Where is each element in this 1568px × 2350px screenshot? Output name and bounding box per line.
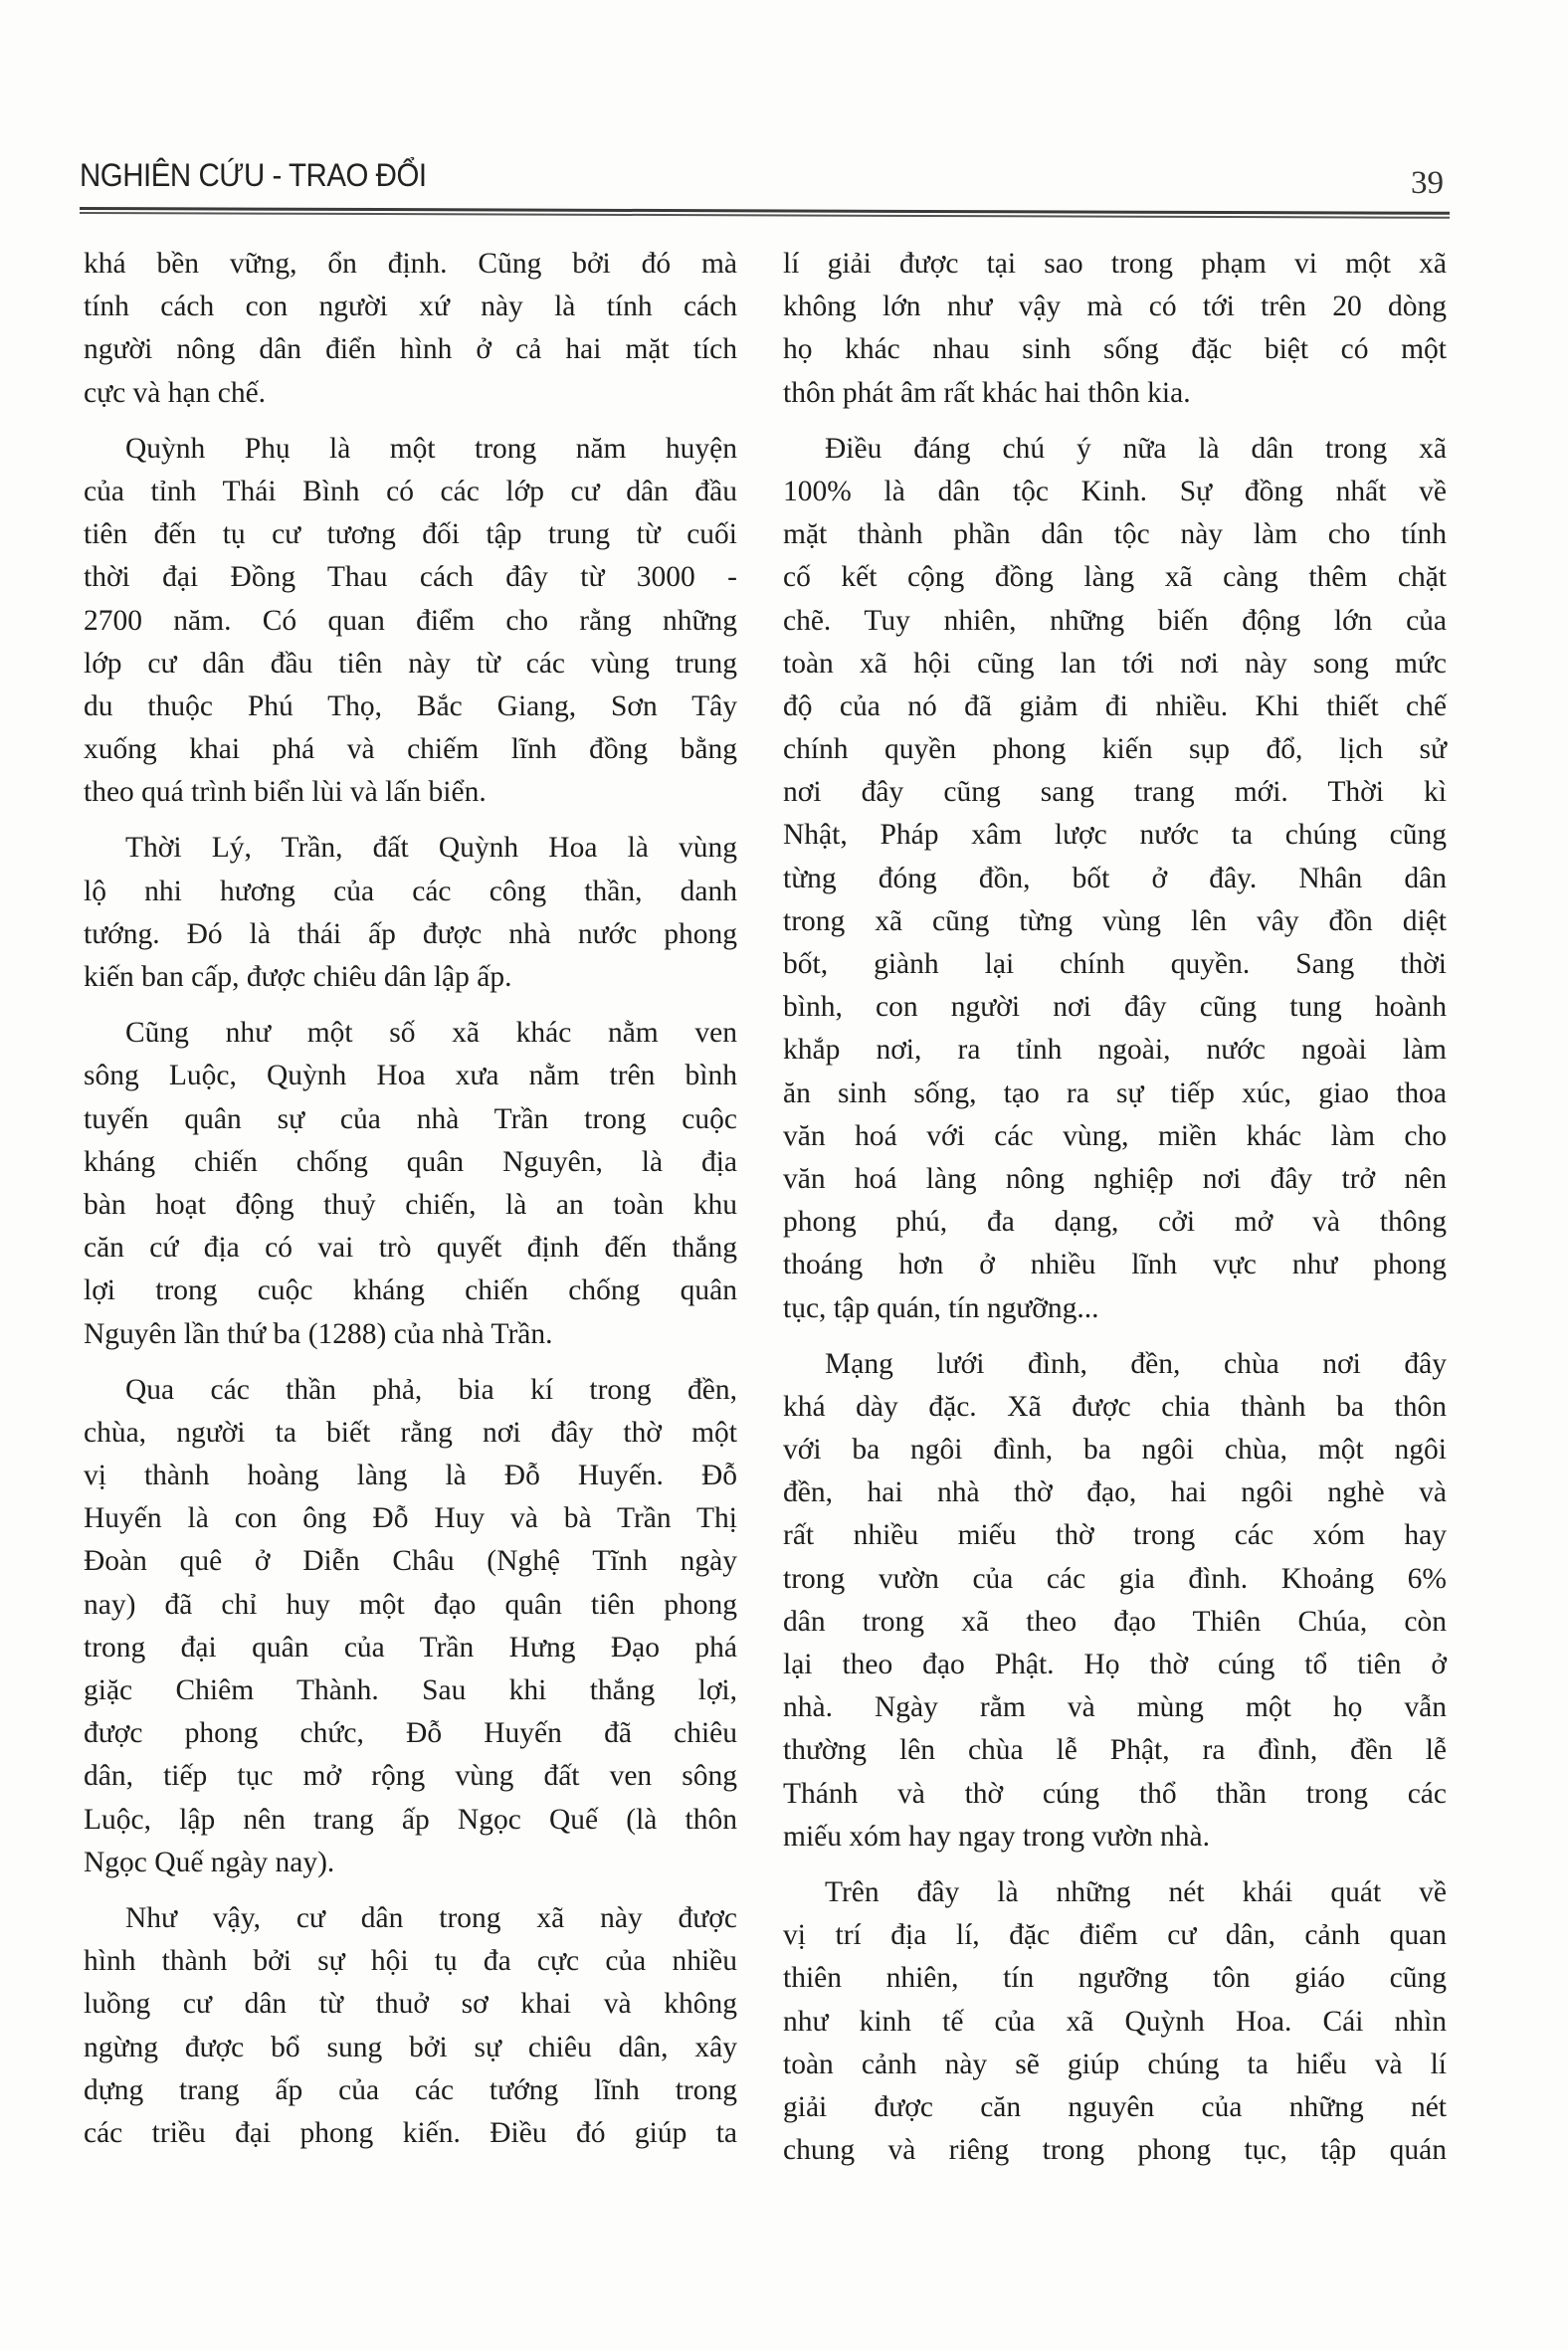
text-line: người nông dân điển hình ở cả hai mặt tí… — [84, 328, 737, 371]
text-line: ngừng được bổ sung bởi sự chiêu dân, xây — [84, 2027, 737, 2069]
text-line: giặc Chiêm Thành. Sau khi thắng lợi, — [84, 1669, 737, 1712]
text-line: Luộc, lập nên trang ấp Ngọc Quế (là thôn — [84, 1799, 737, 1842]
text-line: kháng chiến chống quân Nguyên, là địa — [84, 1141, 737, 1184]
text-line: Mạng lưới đình, đền, chùa nơi đây — [783, 1343, 1447, 1386]
text-line: bình, con người nơi đây cũng tung hoành — [783, 986, 1447, 1029]
text-line: tuyến quân sự của nhà Trần trong cuộc — [84, 1098, 737, 1141]
text-line: văn hoá với các vùng, miền khác làm cho — [783, 1115, 1447, 1158]
text-line: tiên đến tụ cư tương đối tập trung từ cu… — [84, 513, 737, 556]
text-line: Thời Lý, Trần, đất Quỳnh Hoa là vùng — [84, 827, 737, 870]
paragraph: Trên đây là những nét khái quát vềvị trí… — [783, 1871, 1447, 2172]
text-line: theo quá trình biển lùi và lấn biển. — [84, 771, 737, 814]
text-line: nay) đã chỉ huy một đạo quân tiên phong — [84, 1584, 737, 1627]
text-line: rất nhiều miếu thờ trong các xóm hay — [783, 1514, 1447, 1557]
text-line: chính quyền phong kiến sụp đổ, lịch sử — [783, 728, 1447, 771]
text-line: mặt thành phần dân tộc này làm cho tính — [783, 513, 1447, 556]
text-line: 2700 năm. Có quan điểm cho rằng những — [84, 600, 737, 643]
text-column-right: lí giải được tại sao trong phạm vi một x… — [783, 243, 1447, 2185]
text-line: lại theo đạo Phật. Họ thờ cúng tổ tiên ở — [783, 1644, 1447, 1686]
text-line: cực và hạn chế. — [84, 372, 737, 415]
text-line: bàn hoạt động thuỷ chiến, là an toàn khu — [84, 1184, 737, 1227]
text-line: sông Luộc, Quỳnh Hoa xưa nằm trên bình — [84, 1055, 737, 1097]
text-line: không lớn như vậy mà có tới trên 20 dòng — [783, 286, 1447, 328]
text-line: xuống khai phá và chiếm lĩnh đồng bằng — [84, 728, 737, 771]
text-line: Trên đây là những nét khái quát về — [783, 1871, 1447, 1914]
section-title: NGHIÊN CỨU - TRAO ĐỔI — [80, 157, 427, 194]
text-line: lớp cư dân đầu tiên này từ các vùng trun… — [84, 643, 737, 685]
text-line: họ khác nhau sinh sống đặc biệt có một — [783, 328, 1447, 371]
text-line: tính cách con người xứ này là tính cách — [84, 286, 737, 328]
text-line: Thánh và thờ cúng thổ thần trong các — [783, 1773, 1447, 1816]
text-line: lí giải được tại sao trong phạm vi một x… — [783, 243, 1447, 286]
text-line: dân, tiếp tục mở rộng vùng đất ven sông — [84, 1755, 737, 1798]
text-line: nơi đây cũng sang trang mới. Thời kì — [783, 771, 1447, 814]
text-line: Nguyên lần thứ ba (1288) của nhà Trần. — [84, 1313, 737, 1356]
text-line: giải được căn nguyên của những nét — [783, 2086, 1447, 2129]
text-line: dựng trang ấp của các tướng lĩnh trong — [84, 2069, 737, 2112]
text-line: Nhật, Pháp xâm lược nước ta chúng cũng — [783, 814, 1447, 857]
paragraph: Thời Lý, Trần, đất Quỳnh Hoa là vùnglộ n… — [84, 827, 737, 999]
text-line: độ của nó đã giảm đi nhiều. Khi thiết ch… — [783, 685, 1447, 728]
text-line: của tỉnh Thái Bình có các lớp cư dân đầu — [84, 471, 737, 513]
paragraph: Qua các thần phả, bia kí trong đền,chùa,… — [84, 1369, 737, 1884]
text-line: văn hoá làng nông nghiệp nơi đây trở nên — [783, 1158, 1447, 1201]
text-line: lợi trong cuộc kháng chiến chống quân — [84, 1270, 737, 1312]
text-line: các triều đại phong kiến. Điều đó giúp t… — [84, 2112, 737, 2155]
text-line: Cũng như một số xã khác nằm ven — [84, 1012, 737, 1055]
text-line: nhà. Ngày rằm và mùng một họ vẫn — [783, 1686, 1447, 1729]
text-line: khắp nơi, ra tỉnh ngoài, nước ngoài làm — [783, 1029, 1447, 1072]
text-line: miếu xóm hay ngay trong vườn nhà. — [783, 1816, 1447, 1859]
text-line: vị trí địa lí, đặc điểm cư dân, cảnh qua… — [783, 1914, 1447, 1957]
text-line: được phong chức, Đỗ Huyến đã chiêu — [84, 1712, 737, 1755]
text-line: đền, hai nhà thờ đạo, hai ngôi nghè và — [783, 1471, 1447, 1514]
text-line: cố kết cộng đồng làng xã càng thêm chặt — [783, 556, 1447, 599]
text-line: thường lên chùa lễ Phật, ra đình, đền lễ — [783, 1729, 1447, 1772]
text-column-left: khá bền vững, ổn định. Cũng bởi đó màtín… — [84, 243, 737, 2168]
text-line: Qua các thần phả, bia kí trong đền, — [84, 1369, 737, 1412]
text-line: chẽ. Tuy nhiên, những biến động lớn của — [783, 600, 1447, 643]
text-line: dân trong xã theo đạo Thiên Chúa, còn — [783, 1601, 1447, 1644]
text-line: lộ nhi hương của các công thần, danh — [84, 871, 737, 913]
text-line: khá dày đặc. Xã được chia thành ba thôn — [783, 1386, 1447, 1429]
text-line: Đoàn quê ở Diễn Châu (Nghệ Tĩnh ngày — [84, 1540, 737, 1583]
text-line: trong vườn của các gia đình. Khoảng 6% — [783, 1558, 1447, 1601]
text-line: Điều đáng chú ý nữa là dân trong xã — [783, 428, 1447, 471]
text-line: thôn phát âm rất khác hai thôn kia. — [783, 372, 1447, 415]
text-line: trong đại quân của Trần Hưng Đạo phá — [84, 1627, 737, 1669]
text-line: Quỳnh Phụ là một trong năm huyện — [84, 428, 737, 471]
text-line: toàn cảnh này sẽ giúp chúng ta hiểu và l… — [783, 2044, 1447, 2086]
text-line: kiến ban cấp, được chiêu dân lập ấp. — [84, 956, 737, 999]
text-line: du thuộc Phú Thọ, Bắc Giang, Sơn Tây — [84, 685, 737, 728]
paragraph: Quỳnh Phụ là một trong năm huyệncủa tỉnh… — [84, 428, 737, 815]
text-line: thiên nhiên, tín ngưỡng tôn giáo cũng — [783, 1957, 1447, 2000]
text-line: ăn sinh sống, tạo ra sự tiếp xúc, giao t… — [783, 1073, 1447, 1115]
text-line: khá bền vững, ổn định. Cũng bởi đó mà — [84, 243, 737, 286]
paragraph: Cũng như một số xã khác nằm vensông Luộc… — [84, 1012, 737, 1356]
text-line: như kinh tế của xã Quỳnh Hoa. Cái nhìn — [783, 2001, 1447, 2044]
text-line: phong phú, đa dạng, cởi mở và thông — [783, 1201, 1447, 1244]
text-line: luồng cư dân từ thuở sơ khai và không — [84, 1983, 737, 2026]
text-line: Huyến là con ông Đỗ Huy và bà Trần Thị — [84, 1497, 737, 1540]
text-line: tướng. Đó là thái ấp được nhà nước phong — [84, 913, 737, 956]
text-line: vị thành hoàng làng là Đỗ Huyến. Đỗ — [84, 1455, 737, 1497]
text-line: chùa, người ta biết rằng nơi đây thờ một — [84, 1412, 737, 1455]
text-line: tục, tập quán, tín ngưỡng... — [783, 1287, 1447, 1330]
text-line: trong xã cũng từng vùng lên vây đồn diệt — [783, 900, 1447, 943]
text-line: với ba ngôi đình, ba ngôi chùa, một ngôi — [783, 1429, 1447, 1471]
paragraph: Mạng lưới đình, đền, chùa nơi đâykhá dày… — [783, 1343, 1447, 1859]
page-number: 39 — [1411, 165, 1444, 202]
paragraph: Điều đáng chú ý nữa là dân trong xã100% … — [783, 428, 1447, 1330]
text-line: căn cứ địa có vai trò quyết định đến thắ… — [84, 1227, 737, 1270]
paragraph: lí giải được tại sao trong phạm vi một x… — [783, 243, 1447, 415]
text-line: thoáng hơn ở nhiều lĩnh vực như phong — [783, 1244, 1447, 1286]
text-line: từng đóng đồn, bốt ở đây. Nhân dân — [783, 858, 1447, 900]
paragraph: Như vậy, cư dân trong xã này đượchình th… — [84, 1897, 737, 2155]
text-line: Như vậy, cư dân trong xã này được — [84, 1897, 737, 1940]
text-line: thời đại Đồng Thau cách đây từ 3000 - — [84, 556, 737, 599]
paragraph: khá bền vững, ổn định. Cũng bởi đó màtín… — [84, 243, 737, 415]
text-line: Ngọc Quế ngày nay). — [84, 1842, 737, 1884]
text-line: toàn xã hội cũng lan tới nơi này song mứ… — [783, 643, 1447, 685]
text-line: 100% là dân tộc Kinh. Sự đồng nhất về — [783, 471, 1447, 513]
text-line: bốt, giành lại chính quyền. Sang thời — [783, 943, 1447, 986]
text-line: hình thành bởi sự hội tụ đa cực của nhiề… — [84, 1940, 737, 1983]
text-line: chung và riêng trong phong tục, tập quán — [783, 2129, 1447, 2172]
